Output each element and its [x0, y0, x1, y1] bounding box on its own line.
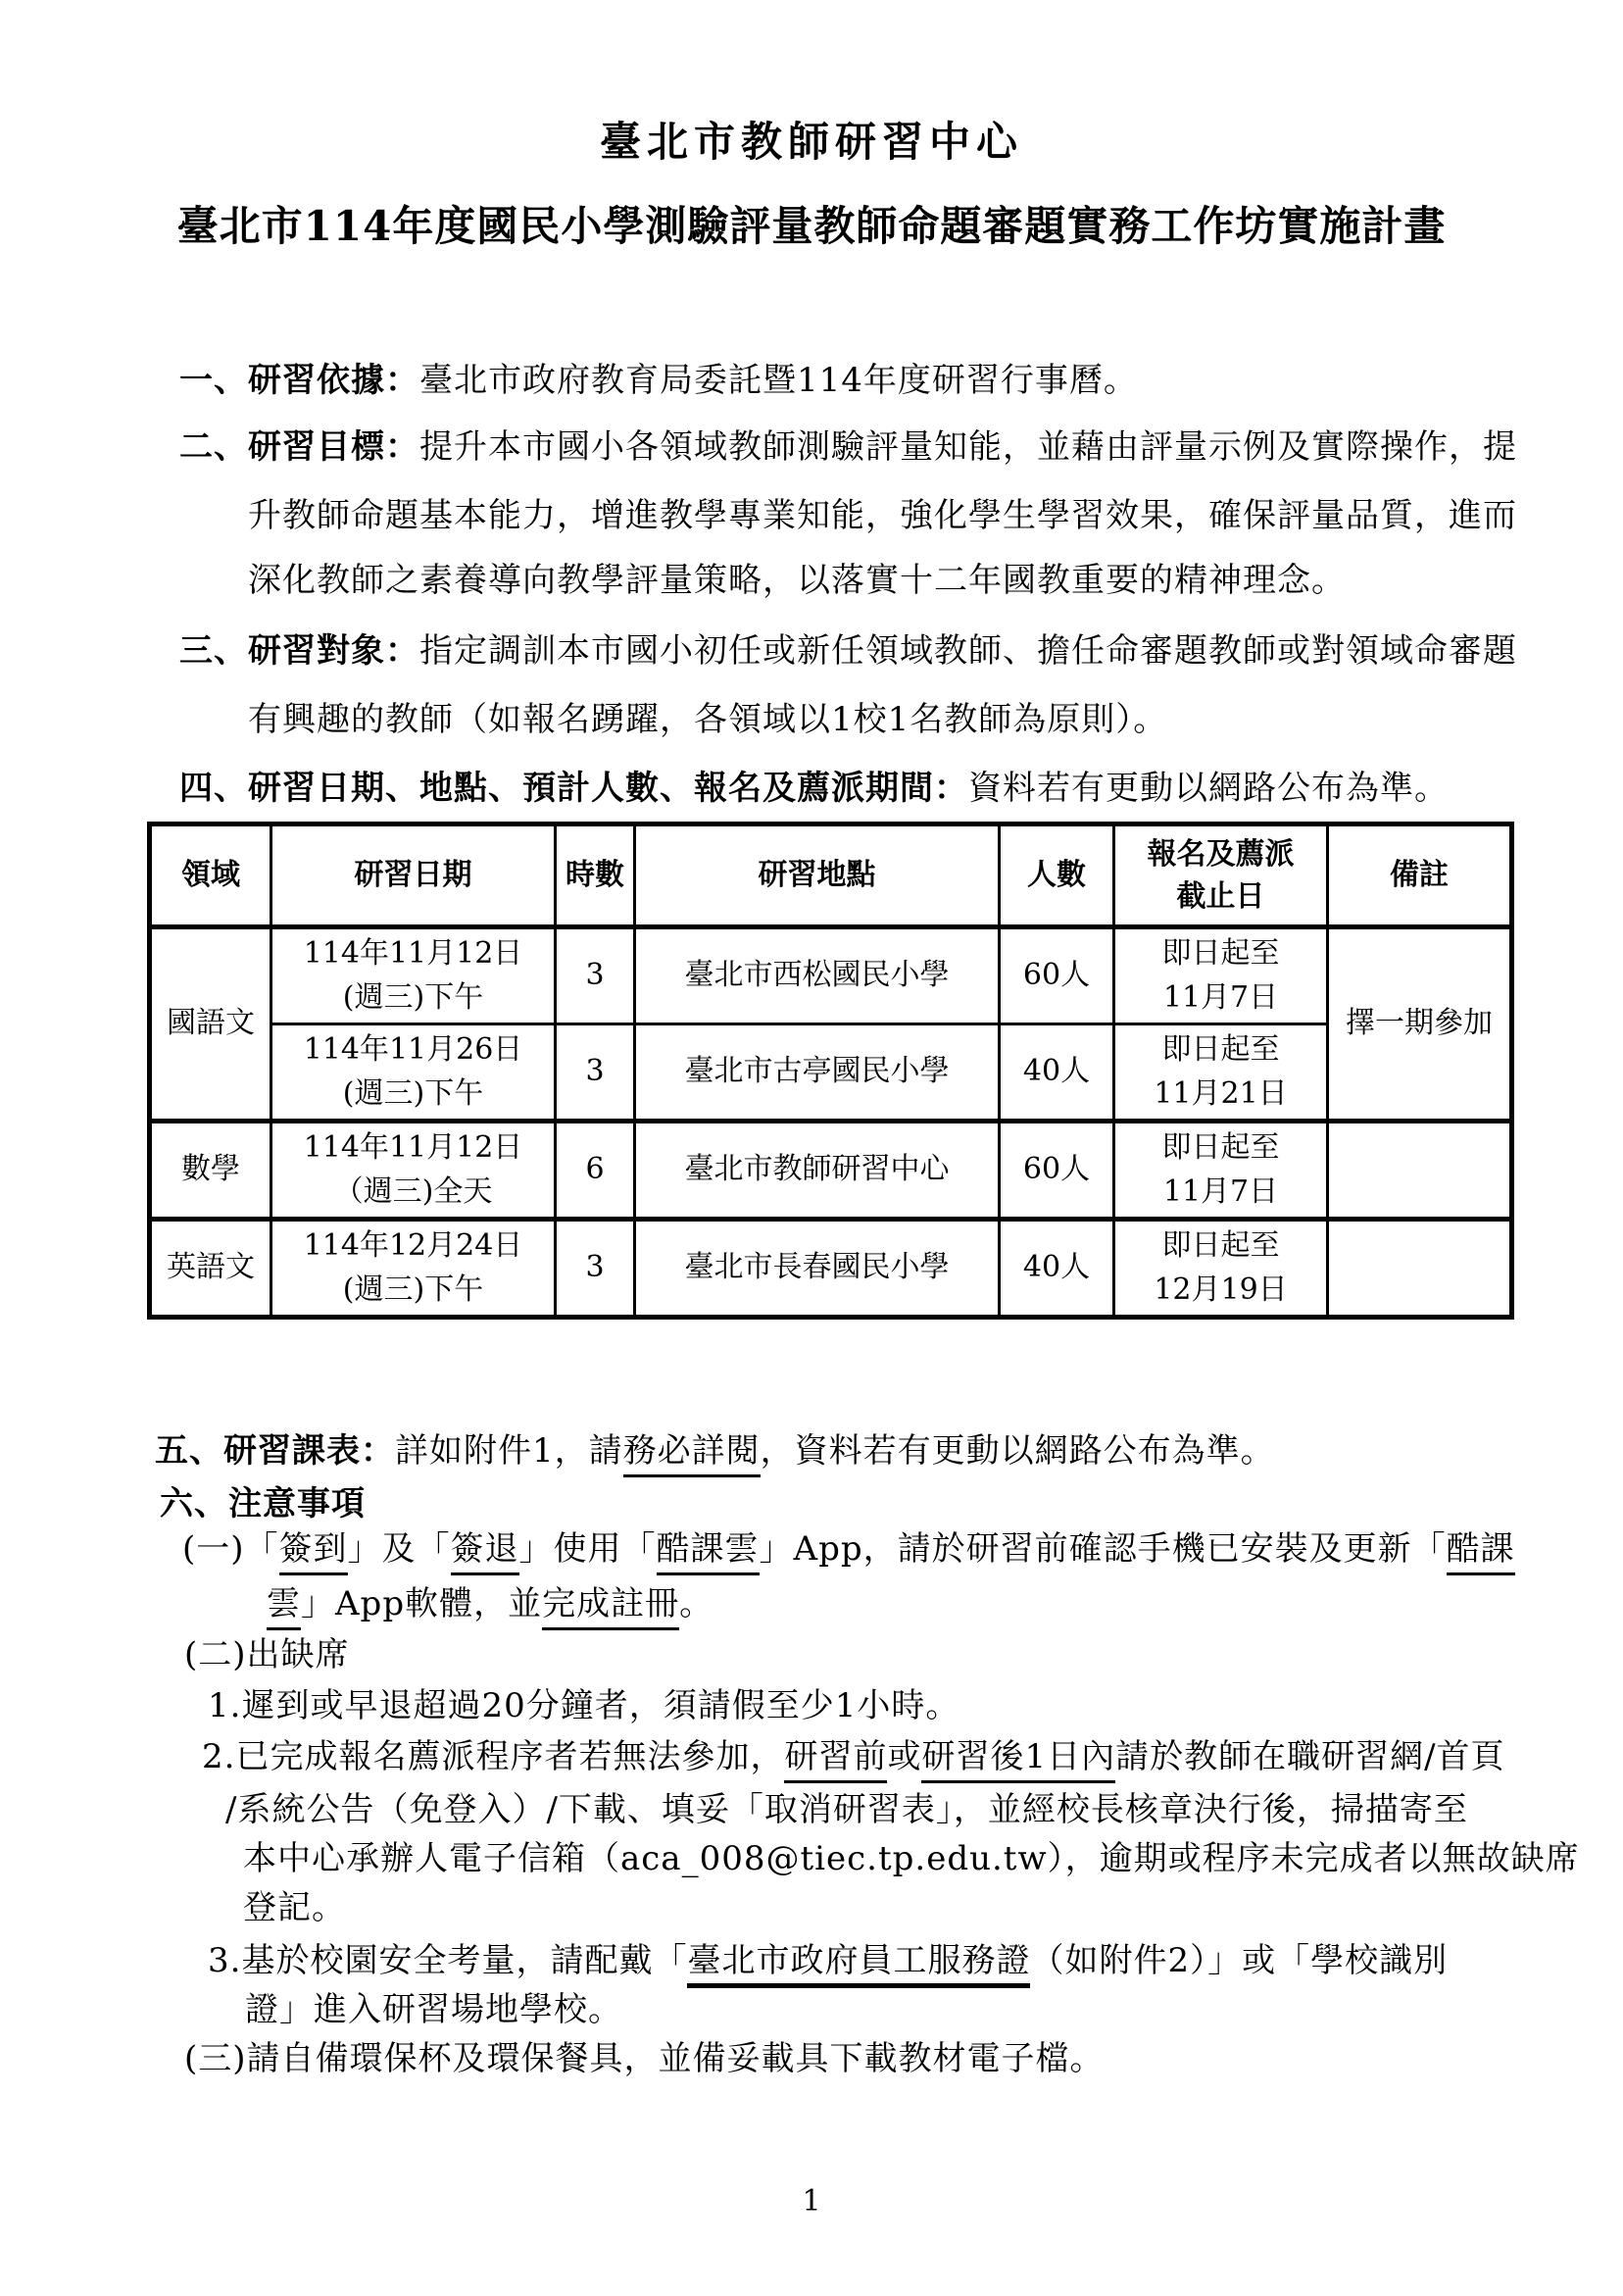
- txt: 。: [679, 1584, 713, 1623]
- section-curriculum-underline: 務必詳閱: [623, 1431, 761, 1477]
- section-curriculum-pre: 詳如附件1，請: [395, 1431, 623, 1471]
- section-goal-text1: 提升本市國小各領域教師測驗評量知能，並藉由評量示例及實際操作，提: [419, 427, 1517, 467]
- header-hours: 時數: [556, 824, 635, 927]
- section-schedule-heading: 四、研習日期、地點、預計人數、報名及薦派期間：資料若有更動以網路公布為準。: [179, 769, 1449, 809]
- note-2-item2-line4: 登記。: [243, 1888, 346, 1928]
- section-curriculum: 五、研習課表：詳如附件1，請務必詳閱，資料若有更動以網路公布為準。: [155, 1431, 1275, 1472]
- underline-before-workshop: 研習前: [784, 1737, 887, 1783]
- txt: 「: [245, 1529, 279, 1569]
- note-1-line1: (一)「簽到」及「簽退」使用「酷課雲」App，請於研習前確認手機已安裝及更新「酷…: [182, 1529, 1515, 1570]
- underline-register: 完成註冊: [542, 1584, 679, 1630]
- cell-deadline: 即日起至 11月21日: [1114, 1024, 1328, 1122]
- note-2-tag: (二): [184, 1635, 247, 1674]
- cell-field-english: 英語文: [150, 1220, 271, 1318]
- cell-date-line1: 114年11月12日: [272, 932, 554, 975]
- note-3-tag: (三): [184, 2039, 247, 2078]
- org-title: 臺北市教師研習中心: [0, 110, 1623, 169]
- table-row-english: 英語文 114年12月24日 (週三)下午 3 臺北市長春國民小學 40人 即日…: [150, 1220, 1512, 1318]
- cell-field-math: 數學: [150, 1122, 271, 1220]
- note-2-item2-line2: /系統公告（免登入）/下載、填妥「取消研習表」，並經校長核章決行後，掃描寄至: [225, 1790, 1468, 1830]
- cell-hours: 3: [556, 1220, 635, 1318]
- underline-cooc-cloud: 酷課雲: [657, 1529, 760, 1575]
- section-basis: 一、研習依據：臺北市政府教育局委託暨114年度研習行事曆。: [179, 361, 1138, 401]
- section-curriculum-label: 五、研習課表：: [155, 1431, 395, 1471]
- section-basis-label: 一、研習依據：: [179, 361, 419, 400]
- cell-hours: 6: [556, 1122, 635, 1220]
- cell-place: 臺北市古亭國民小學: [635, 1024, 1000, 1122]
- cell-deadline-line1: 即日起至: [1115, 1224, 1326, 1268]
- underline-after-workshop: 研習後1日內: [921, 1737, 1115, 1783]
- cell-deadline: 即日起至 12月19日: [1114, 1220, 1328, 1318]
- header-people: 人數: [1000, 824, 1114, 927]
- cell-date-line1: 114年12月24日: [272, 1224, 554, 1268]
- note-2-item3-line2: 證」進入研習場地學校。: [245, 1990, 622, 2030]
- section-goal-line2: 升教師命題基本能力，增進教學專業知能，強化學生學習效果，確保評量品質，進而: [248, 496, 1517, 536]
- underline-cooc: 酷課: [1447, 1529, 1515, 1575]
- cell-date-line2: (週三)下午: [272, 1269, 554, 1312]
- item-number: 2.: [202, 1737, 235, 1776]
- txt: 」及「: [348, 1529, 451, 1569]
- cell-deadline-line2: 11月21日: [1115, 1073, 1326, 1116]
- header-deadline-line1: 報名及薦派: [1115, 833, 1326, 876]
- section-curriculum-post: ，資料若有更動以網路公布為準。: [761, 1431, 1275, 1471]
- note-2-item2-line1: 2.已完成報名薦派程序者若無法參加，研習前或研習後1日內請於教師在職研習網/首頁: [202, 1737, 1505, 1777]
- cell-deadline-line1: 即日起至: [1115, 1028, 1326, 1072]
- txt: 或: [887, 1737, 921, 1776]
- cell-deadline-line2: 12月19日: [1115, 1269, 1326, 1312]
- txt: 」App，請於研習前確認手機已安裝及更新「: [760, 1529, 1447, 1569]
- section-goal-line1: 二、研習目標：提升本市國小各領域教師測驗評量知能，並藉由評量示例及實際操作，提: [179, 427, 1517, 468]
- cell-place: 臺北市教師研習中心: [635, 1122, 1000, 1220]
- header-field: 領域: [150, 824, 271, 927]
- page-number: 1: [0, 2184, 1623, 2219]
- cell-deadline: 即日起至 11月7日: [1114, 927, 1328, 1024]
- section-audience-line2: 有興趣的教師（如報名踴躍，各領域以1校1名教師為原則）。: [248, 700, 1167, 740]
- header-deadline: 報名及薦派 截止日: [1114, 824, 1328, 927]
- cell-deadline-line2: 11月7日: [1115, 1171, 1326, 1214]
- plan-title: 臺北市114年度國民小學測驗評量教師命題審題實務工作坊實施計畫: [0, 194, 1623, 253]
- cell-note-english: [1328, 1220, 1512, 1318]
- section-schedule-text: 資料若有更動以網路公布為準。: [968, 769, 1449, 808]
- cell-place: 臺北市長春國民小學: [635, 1220, 1000, 1318]
- cell-note-math: [1328, 1122, 1512, 1220]
- cell-hours: 3: [556, 927, 635, 1024]
- cell-deadline-line1: 即日起至: [1115, 1126, 1326, 1170]
- cell-people: 40人: [1000, 1220, 1114, 1318]
- table-row-mandarin-1: 國語文 114年11月12日 (週三)下午 3 臺北市西松國民小學 60人 即日…: [150, 927, 1512, 1024]
- underline-employee-badge: 臺北市政府員工服務證: [687, 1941, 1030, 1988]
- cell-hours: 3: [556, 1024, 635, 1122]
- cell-note-mandarin: 擇一期參加: [1328, 927, 1512, 1122]
- note-2-item2-line3: 本中心承辦人電子信箱（aca_008@tiec.tp.edu.tw），逾期或程序…: [243, 1839, 1580, 1879]
- note-3: (三)請自備環保杯及環保餐具，並備妥載具下載教材電子檔。: [184, 2039, 1105, 2079]
- section-schedule-label: 四、研習日期、地點、預計人數、報名及薦派期間：: [179, 769, 968, 808]
- note-2-heading: (二)出缺席: [184, 1635, 350, 1675]
- txt: 請於教師在職研習網/首頁: [1115, 1737, 1504, 1776]
- txt: 已完成報名薦派程序者若無法參加，: [235, 1737, 784, 1776]
- note-3-text: 請自備環保杯及環保餐具，並備妥載具下載教材電子檔。: [247, 2039, 1105, 2078]
- item-number: 3.: [208, 1941, 241, 1980]
- cell-people: 40人: [1000, 1024, 1114, 1122]
- underline-sign-in: 簽到: [279, 1529, 348, 1575]
- txt: 」App軟體，並: [301, 1584, 542, 1623]
- cell-date: 114年11月26日 (週三)下午: [271, 1024, 556, 1122]
- section-audience-text1: 指定調訓本市國小初任或新任領域教師、擔任命審題教師或對領域命審題: [419, 631, 1517, 671]
- cell-date: 114年11月12日 （週三)全天: [271, 1122, 556, 1220]
- section-basis-text: 臺北市政府教育局委託暨114年度研習行事曆。: [419, 361, 1138, 400]
- txt: 遲到或早退超過20分鐘者，須請假至少1小時。: [241, 1686, 959, 1725]
- cell-people: 60人: [1000, 1122, 1114, 1220]
- section-goal-line3: 深化教師之素養導向教學評量策略，以落實十二年國教重要的精神理念。: [248, 561, 1346, 601]
- cell-deadline-line1: 即日起至: [1115, 932, 1326, 975]
- table-header-row: 領域 研習日期 時數 研習地點 人數 報名及薦派 截止日 備註: [150, 824, 1512, 927]
- header-date: 研習日期: [271, 824, 556, 927]
- note-1-tag: (一): [182, 1529, 245, 1569]
- section-goal-label: 二、研習目標：: [179, 427, 419, 467]
- header-place: 研習地點: [635, 824, 1000, 927]
- txt: 」使用「: [519, 1529, 657, 1569]
- cell-date-line1: 114年11月12日: [272, 1126, 554, 1170]
- cell-deadline: 即日起至 11月7日: [1114, 1122, 1328, 1220]
- cell-deadline-line2: 11月7日: [1115, 976, 1326, 1020]
- table-row-mandarin-2: 114年11月26日 (週三)下午 3 臺北市古亭國民小學 40人 即日起至 1…: [150, 1024, 1512, 1122]
- note-2-title: 出缺席: [247, 1635, 350, 1674]
- cell-date-line2: （週三)全天: [272, 1171, 554, 1214]
- cell-field-mandarin: 國語文: [150, 927, 271, 1122]
- underline-cloud: 雲: [267, 1584, 301, 1630]
- cell-people: 60人: [1000, 927, 1114, 1024]
- workshop-table: 領域 研習日期 時數 研習地點 人數 報名及薦派 截止日 備註 國語文 114年…: [147, 822, 1514, 1320]
- cell-place: 臺北市西松國民小學: [635, 927, 1000, 1024]
- cell-date-line2: (週三)下午: [272, 1073, 554, 1116]
- header-note: 備註: [1328, 824, 1512, 927]
- header-deadline-line2: 截止日: [1115, 875, 1326, 919]
- txt: （如附件2）」或「學校識別: [1030, 1941, 1448, 1980]
- section-notes-heading: 六、注意事項: [160, 1484, 366, 1524]
- cell-date: 114年11月12日 (週三)下午: [271, 927, 556, 1024]
- section-audience-line1: 三、研習對象：指定調訓本市國小初任或新任領域教師、擔任命審題教師或對領域命審題: [179, 631, 1517, 672]
- note-2-item3-line1: 3.基於校園安全考量，請配戴「臺北市政府員工服務證（如附件2）」或「學校識別: [208, 1941, 1448, 1981]
- cell-date-line1: 114年11月26日: [272, 1028, 554, 1072]
- table-row-math: 數學 114年11月12日 （週三)全天 6 臺北市教師研習中心 60人 即日起…: [150, 1122, 1512, 1220]
- cell-date: 114年12月24日 (週三)下午: [271, 1220, 556, 1318]
- txt: 基於校園安全考量，請配戴「: [241, 1941, 687, 1980]
- note-2-item1: 1.遲到或早退超過20分鐘者，須請假至少1小時。: [208, 1686, 959, 1726]
- underline-sign-out: 簽退: [451, 1529, 519, 1575]
- document-page: { "doc": { "org_title": "臺北市教師研習中心", "pl…: [0, 0, 1623, 2296]
- section-audience-label: 三、研習對象：: [179, 631, 419, 671]
- note-1-line2: 雲」App軟體，並完成註冊。: [267, 1584, 713, 1624]
- item-number: 1.: [208, 1686, 241, 1725]
- cell-date-line2: (週三)下午: [272, 976, 554, 1020]
